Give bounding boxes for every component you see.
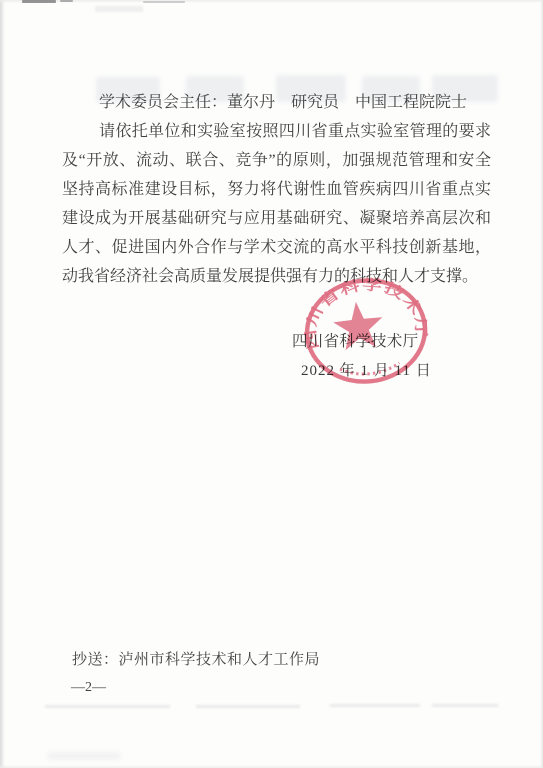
body-line: 及“开放、流动、联合、竞争”的原则，加强规范管理和安全运行， [62, 146, 491, 175]
committee-chair-line: 学术委员会主任：董尔丹 研究员 中国工程院院士 [62, 88, 491, 117]
scan-artifact [95, 6, 143, 12]
official-seal-icon: 四川省科学技术厅 [301, 276, 431, 386]
page-number: —2— [71, 680, 106, 696]
bleedthrough-ghost-line [330, 704, 420, 707]
scan-smudge [48, 752, 120, 760]
scan-edge-left [0, 0, 5, 768]
body-line: 请依托单位和实验室按照四川省重点实验室管理的要求以 [62, 117, 491, 146]
scan-artifact [60, 0, 73, 2]
footer-cc-line: 抄送：泸州市科学技术和人才工作局 [72, 650, 320, 670]
scan-edge-top [0, 0, 543, 3]
scan-artifact [22, 0, 56, 3]
scanned-official-document: 学术委员会主任：董尔丹 研究员 中国工程院院士 请依托单位和实验室按照四川省重点… [0, 0, 543, 768]
letter-body: 学术委员会主任：董尔丹 研究员 中国工程院院士 请依托单位和实验室按照四川省重点… [62, 88, 491, 291]
scan-artifact [143, 1, 185, 3]
body-line: 建设成为开展基础研究与应用基础研究、凝聚培养高层次和青年 [62, 204, 491, 233]
body-line: 人才、促进国内外合作与学术交流的高水平科技创新基地，为推 [62, 233, 491, 262]
star-icon [331, 299, 385, 351]
bleedthrough-ghost-line [45, 705, 170, 708]
bleedthrough-ghost-line [432, 704, 498, 707]
bleedthrough-ghost-line [196, 705, 300, 708]
body-line: 坚持高标准建设目标，努力将代谢性血管疾病四川省重点实验室 [62, 175, 491, 204]
